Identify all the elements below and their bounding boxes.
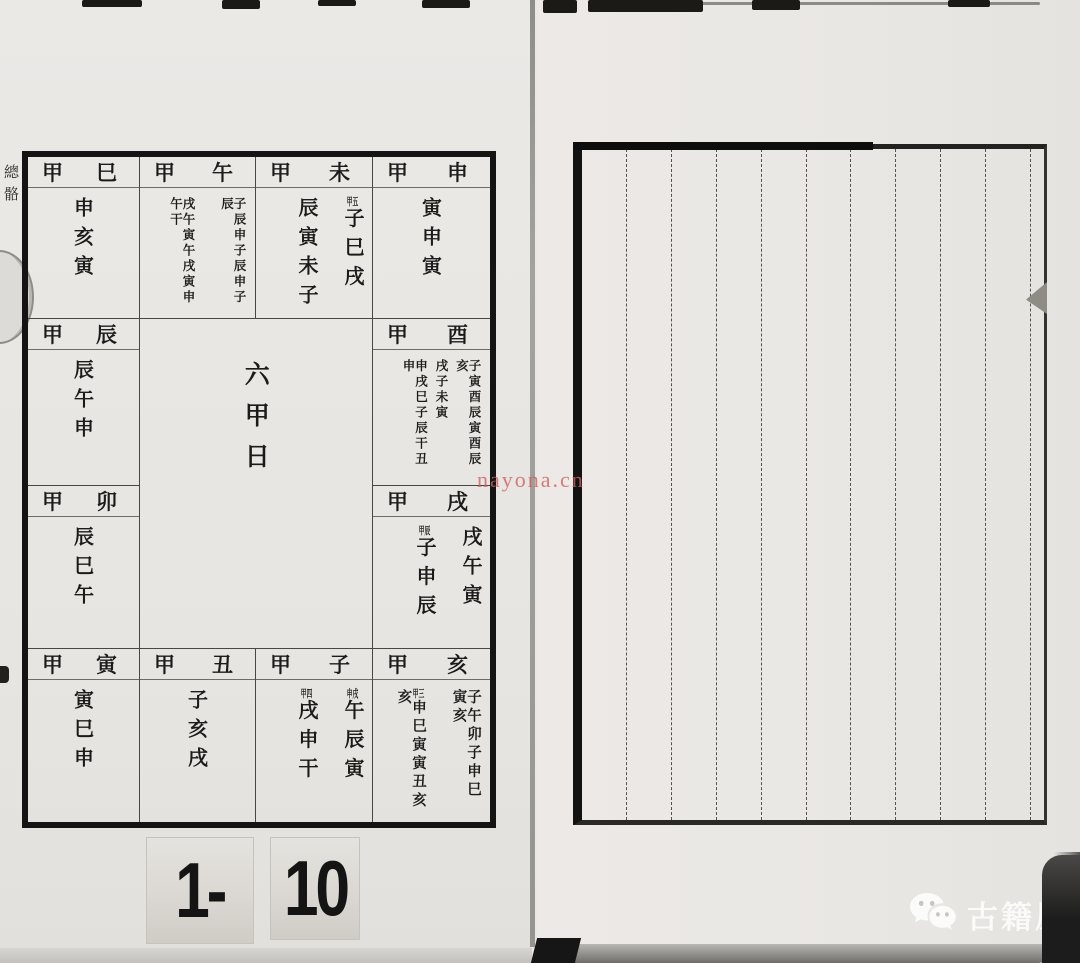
table-cell-丑: 甲丑子亥戌 [140, 649, 256, 822]
cell-branch: 辰 [96, 319, 117, 349]
page-edge-shadow [556, 944, 1048, 963]
table-cell-亥: 甲亥子午卯子申巳寅亥甲三申巳寅寅丑亥亥 [373, 649, 490, 822]
vertical-text-column: 寅巳申 [72, 689, 92, 776]
vertical-text-column: 申亥寅 [72, 197, 92, 284]
vertical-text-column: 寅申寅 [420, 197, 440, 284]
column-text: 辰寅未子 [295, 197, 317, 313]
table-cell-子: 甲子申戌午辰寅甲四戌申干 [256, 649, 373, 822]
table-cell-寅: 甲寅寅巳申 [28, 649, 140, 822]
column-text: 寅巳申 [71, 689, 93, 776]
vertical-text-column: 子午卯子申巳寅亥 [451, 689, 480, 818]
cell-header: 甲卯 [28, 486, 139, 517]
table-cell-辰: 甲辰辰午申 [28, 319, 140, 486]
cell-header: 甲子 [256, 649, 372, 680]
cell-stem: 甲 [154, 649, 175, 679]
cell-branch: 寅 [96, 649, 117, 679]
table-cell-戌: 甲戌戌午寅甲辰子申辰 [373, 486, 490, 649]
cell-branch: 卯 [96, 486, 117, 516]
cell-header: 甲丑 [140, 649, 255, 680]
vertical-text-column: 甲四戌申干 [296, 689, 316, 787]
cell-content: 子辰申子辰申子辰戌午寅午戌寅申午干 [140, 188, 255, 318]
table-cell-卯: 甲卯辰巳午 [28, 486, 140, 649]
ink-smudge [318, 0, 356, 6]
cell-content: 辰巳午 [28, 517, 139, 648]
vertical-text-column: 辰巳午 [72, 526, 92, 613]
binding-shadow [531, 938, 581, 963]
column-text: 子寅酉辰寅酉辰亥 [455, 359, 482, 468]
table-title: 六甲日 [236, 361, 272, 484]
page-edge-shadow [0, 948, 532, 963]
page-marker: 1- 10 [146, 837, 360, 944]
page-marker-left-text: 1- [175, 845, 224, 936]
cell-header: 甲寅 [28, 649, 139, 680]
ink-smudge [543, 0, 577, 13]
cell-branch: 戌 [447, 486, 468, 516]
ruled-column [941, 149, 986, 820]
vertical-text-column: 子寅酉辰寅酉辰亥 [455, 359, 480, 481]
column-text: 午辰寅 [341, 700, 363, 787]
cell-content: 寅巳申 [28, 680, 139, 822]
vertical-text-column: 子亥戌 [186, 689, 206, 776]
cell-stem: 甲 [387, 157, 408, 187]
column-text: 子亥戌 [185, 689, 207, 776]
ink-smudge [700, 2, 1040, 5]
ruled-column [851, 149, 896, 820]
vertical-text-column: 戌午寅 [460, 526, 480, 613]
cell-branch: 亥 [447, 649, 468, 679]
cell-stem: 甲 [387, 319, 408, 349]
cell-stem: 甲 [387, 486, 408, 516]
vertical-text-column: 戌子未寅 [435, 359, 448, 421]
vertical-text-column: 辰午申 [72, 359, 92, 446]
ruled-margin [1031, 149, 1044, 820]
column-text: 辰巳午 [71, 526, 93, 613]
page-marker-right-text: 10 [283, 843, 346, 934]
column-text: 辰午申 [71, 359, 93, 446]
cell-header: 甲亥 [373, 649, 490, 680]
ruled-column [762, 149, 807, 820]
column-text: 戌午寅午戌寅申午干 [169, 197, 196, 306]
column-text: 戌子未寅 [434, 359, 448, 421]
book-scan: 總骼 六甲日 甲巳申亥寅甲午子辰申子辰申子辰戌午寅午戌寅申午干甲未甲五子巳戌辰寅… [0, 0, 1080, 963]
liujia-day-table: 六甲日 甲巳申亥寅甲午子辰申子辰申子辰戌午寅午戌寅申午干甲未甲五子巳戌辰寅未子甲… [22, 151, 496, 828]
cell-branch: 巳 [96, 157, 117, 187]
column-text: 子申辰 [413, 537, 435, 624]
ruled-column [582, 149, 627, 820]
ink-smudge [82, 0, 142, 7]
column-text: 申戌巳子辰干丑申 [401, 359, 428, 468]
page-marker-chip-right: 10 [270, 837, 360, 940]
table-center-cell: 六甲日 [140, 319, 373, 649]
center-watermark: nayona.cn [477, 467, 585, 493]
cell-stem: 甲 [270, 157, 291, 187]
vertical-text-column: 甲三申巳寅寅丑亥亥 [396, 689, 425, 818]
cell-stem: 甲 [42, 649, 63, 679]
ruled-column [672, 149, 717, 820]
vertical-text-column: 甲五子巳戌 [342, 197, 362, 295]
cell-header: 甲未 [256, 157, 372, 188]
left-margin-label: 總骼 [0, 164, 21, 208]
cell-content: 辰午申 [28, 350, 139, 485]
column-text: 寅申寅 [419, 197, 441, 284]
ruled-column [986, 149, 1031, 820]
ink-smudge [422, 0, 470, 8]
column-text: 子午卯子申巳寅亥 [451, 689, 482, 800]
vertical-text-column: 子辰申子辰申子辰 [220, 197, 245, 314]
cell-stem: 甲 [42, 157, 63, 187]
cell-content: 甲五子巳戌辰寅未子 [256, 188, 372, 318]
cell-stem: 甲 [42, 486, 63, 516]
column-text: 戌申干 [295, 700, 317, 787]
vertical-text-column: 申戌巳子辰干丑申 [402, 359, 427, 481]
ruled-column [717, 149, 762, 820]
ruled-grid [573, 144, 1047, 825]
table-cell-未: 甲未甲五子巳戌辰寅未子 [256, 157, 373, 319]
cell-header: 甲酉 [373, 319, 490, 350]
ink-smudge [222, 0, 260, 9]
cell-stem: 甲 [270, 649, 291, 679]
cell-content: 寅申寅 [373, 188, 490, 318]
vertical-text-column: 辰寅未子 [296, 197, 316, 313]
cell-content: 子午卯子申巳寅亥甲三申巳寅寅丑亥亥 [373, 680, 490, 822]
column-annotation: 甲四 [301, 689, 312, 700]
cell-header: 甲巳 [28, 157, 139, 188]
cell-stem: 甲 [154, 157, 175, 187]
vertical-text-column: 申戌午辰寅 [342, 689, 362, 787]
vertical-text-column: 戌午寅午戌寅申午干 [169, 197, 194, 314]
cell-branch: 申 [447, 157, 468, 187]
ruled-column [896, 149, 941, 820]
cell-branch: 酉 [447, 319, 468, 349]
column-text: 子巳戌 [341, 208, 363, 295]
ink-smudge [588, 0, 703, 12]
column-text: 戌午寅 [459, 526, 481, 613]
cell-stem: 甲 [42, 319, 63, 349]
cell-content: 戌午寅甲辰子申辰 [373, 517, 490, 648]
cell-header: 甲戌 [373, 486, 490, 517]
table-cell-巳: 甲巳申亥寅 [28, 157, 140, 319]
column-annotation: 甲五 [347, 197, 358, 208]
column-annotation: 申戌 [347, 689, 358, 700]
cell-header: 甲午 [140, 157, 255, 188]
cell-content: 子寅酉辰寅酉辰亥戌子未寅申戌巳子辰干丑申 [373, 350, 490, 485]
cell-branch: 子 [329, 649, 350, 679]
page-marker-chip-left: 1- [146, 837, 254, 944]
cell-content: 申亥寅 [28, 188, 139, 318]
table-cell-申: 甲申寅申寅 [373, 157, 490, 319]
column-text: 申亥寅 [71, 197, 93, 284]
column-text: 子辰申子辰申子辰 [220, 197, 247, 306]
ruled-column [627, 149, 672, 820]
column-annotation: 甲辰 [419, 526, 430, 537]
cell-branch: 午 [212, 157, 233, 187]
vertical-text-column: 甲辰子申辰 [414, 526, 434, 624]
cell-content: 申戌午辰寅甲四戌申干 [256, 680, 372, 822]
cell-header: 甲辰 [28, 319, 139, 350]
cell-content: 子亥戌 [140, 680, 255, 822]
wechat-icon [908, 891, 958, 937]
book-corner-shadow [1042, 855, 1080, 963]
edge-ink-mark [0, 666, 9, 683]
cell-branch: 丑 [212, 649, 233, 679]
cell-stem: 甲 [387, 649, 408, 679]
table-cell-午: 甲午子辰申子辰申子辰戌午寅午戌寅申午干 [140, 157, 256, 319]
ruled-column [807, 149, 852, 820]
table-cell-酉: 甲酉子寅酉辰寅酉辰亥戌子未寅申戌巳子辰干丑申 [373, 319, 490, 486]
column-annotation: 甲三 [413, 689, 424, 700]
cell-branch: 未 [329, 157, 350, 187]
column-text: 申巳寅寅丑亥亥 [396, 689, 427, 811]
cell-header: 甲申 [373, 157, 490, 188]
